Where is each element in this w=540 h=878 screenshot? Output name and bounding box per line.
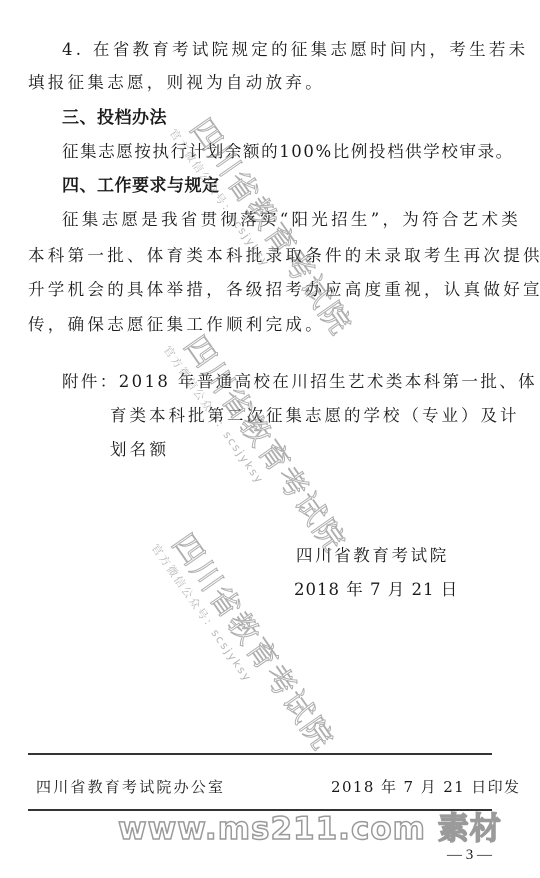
signature-date: 2018 年 7 月 21 日 xyxy=(294,580,458,600)
signature-org: 四川省教育考试院 xyxy=(296,546,449,566)
item-4-line-2: 填报征集志愿，则视为自动放弃。 xyxy=(28,73,325,93)
section-4-line-3: 升学机会的具体举措，各级招考办应高度重视，认真做好宣 xyxy=(28,280,540,300)
attachment-line-3: 划名额 xyxy=(110,440,169,460)
watermark-org: 四川省教育考试院 xyxy=(177,330,353,560)
page-number: — 3 — xyxy=(447,847,492,864)
section-3-text: 征集志愿按执行计划余额的100%比例投档供学校审录。 xyxy=(62,142,514,162)
section-4-line-2: 本科第一批、体育类本科批录取条件的未录取考生再次提供 xyxy=(28,246,540,266)
footer-top-rule xyxy=(28,753,492,755)
attachment-line-2: 育类本科批第二次征集志愿的学校（专业）及计 xyxy=(110,406,520,426)
watermark-wechat: 官方微信公众号：scsjyksy xyxy=(148,541,313,766)
section-4-line-4: 传，确保志愿征集工作顺利完成。 xyxy=(28,315,325,335)
footer-issue-date: 2018 年 7 月 21 日印发 xyxy=(331,776,520,797)
footer-issuer: 四川省教育考试院办公室 xyxy=(36,776,225,797)
section-3-heading: 三、投档办法 xyxy=(62,108,167,128)
attachment-line-1: 附件：2018 年普通高校在川招生艺术类本科第一批、体 xyxy=(62,372,537,392)
item-4-line-1: 4. 在省教育考试院规定的征集志愿时间内，考生若未 xyxy=(62,40,529,60)
section-4-line-1: 征集志愿是我省贯彻落实“阳光招生”，为符合艺术类 xyxy=(62,210,521,230)
watermark-middle: 四川省教育考试院 官方微信公众号：scsjyksy xyxy=(164,325,358,568)
section-4-heading: 四、工作要求与规定 xyxy=(62,176,220,196)
site-watermark: www.ms211.com 素材 xyxy=(118,803,502,848)
